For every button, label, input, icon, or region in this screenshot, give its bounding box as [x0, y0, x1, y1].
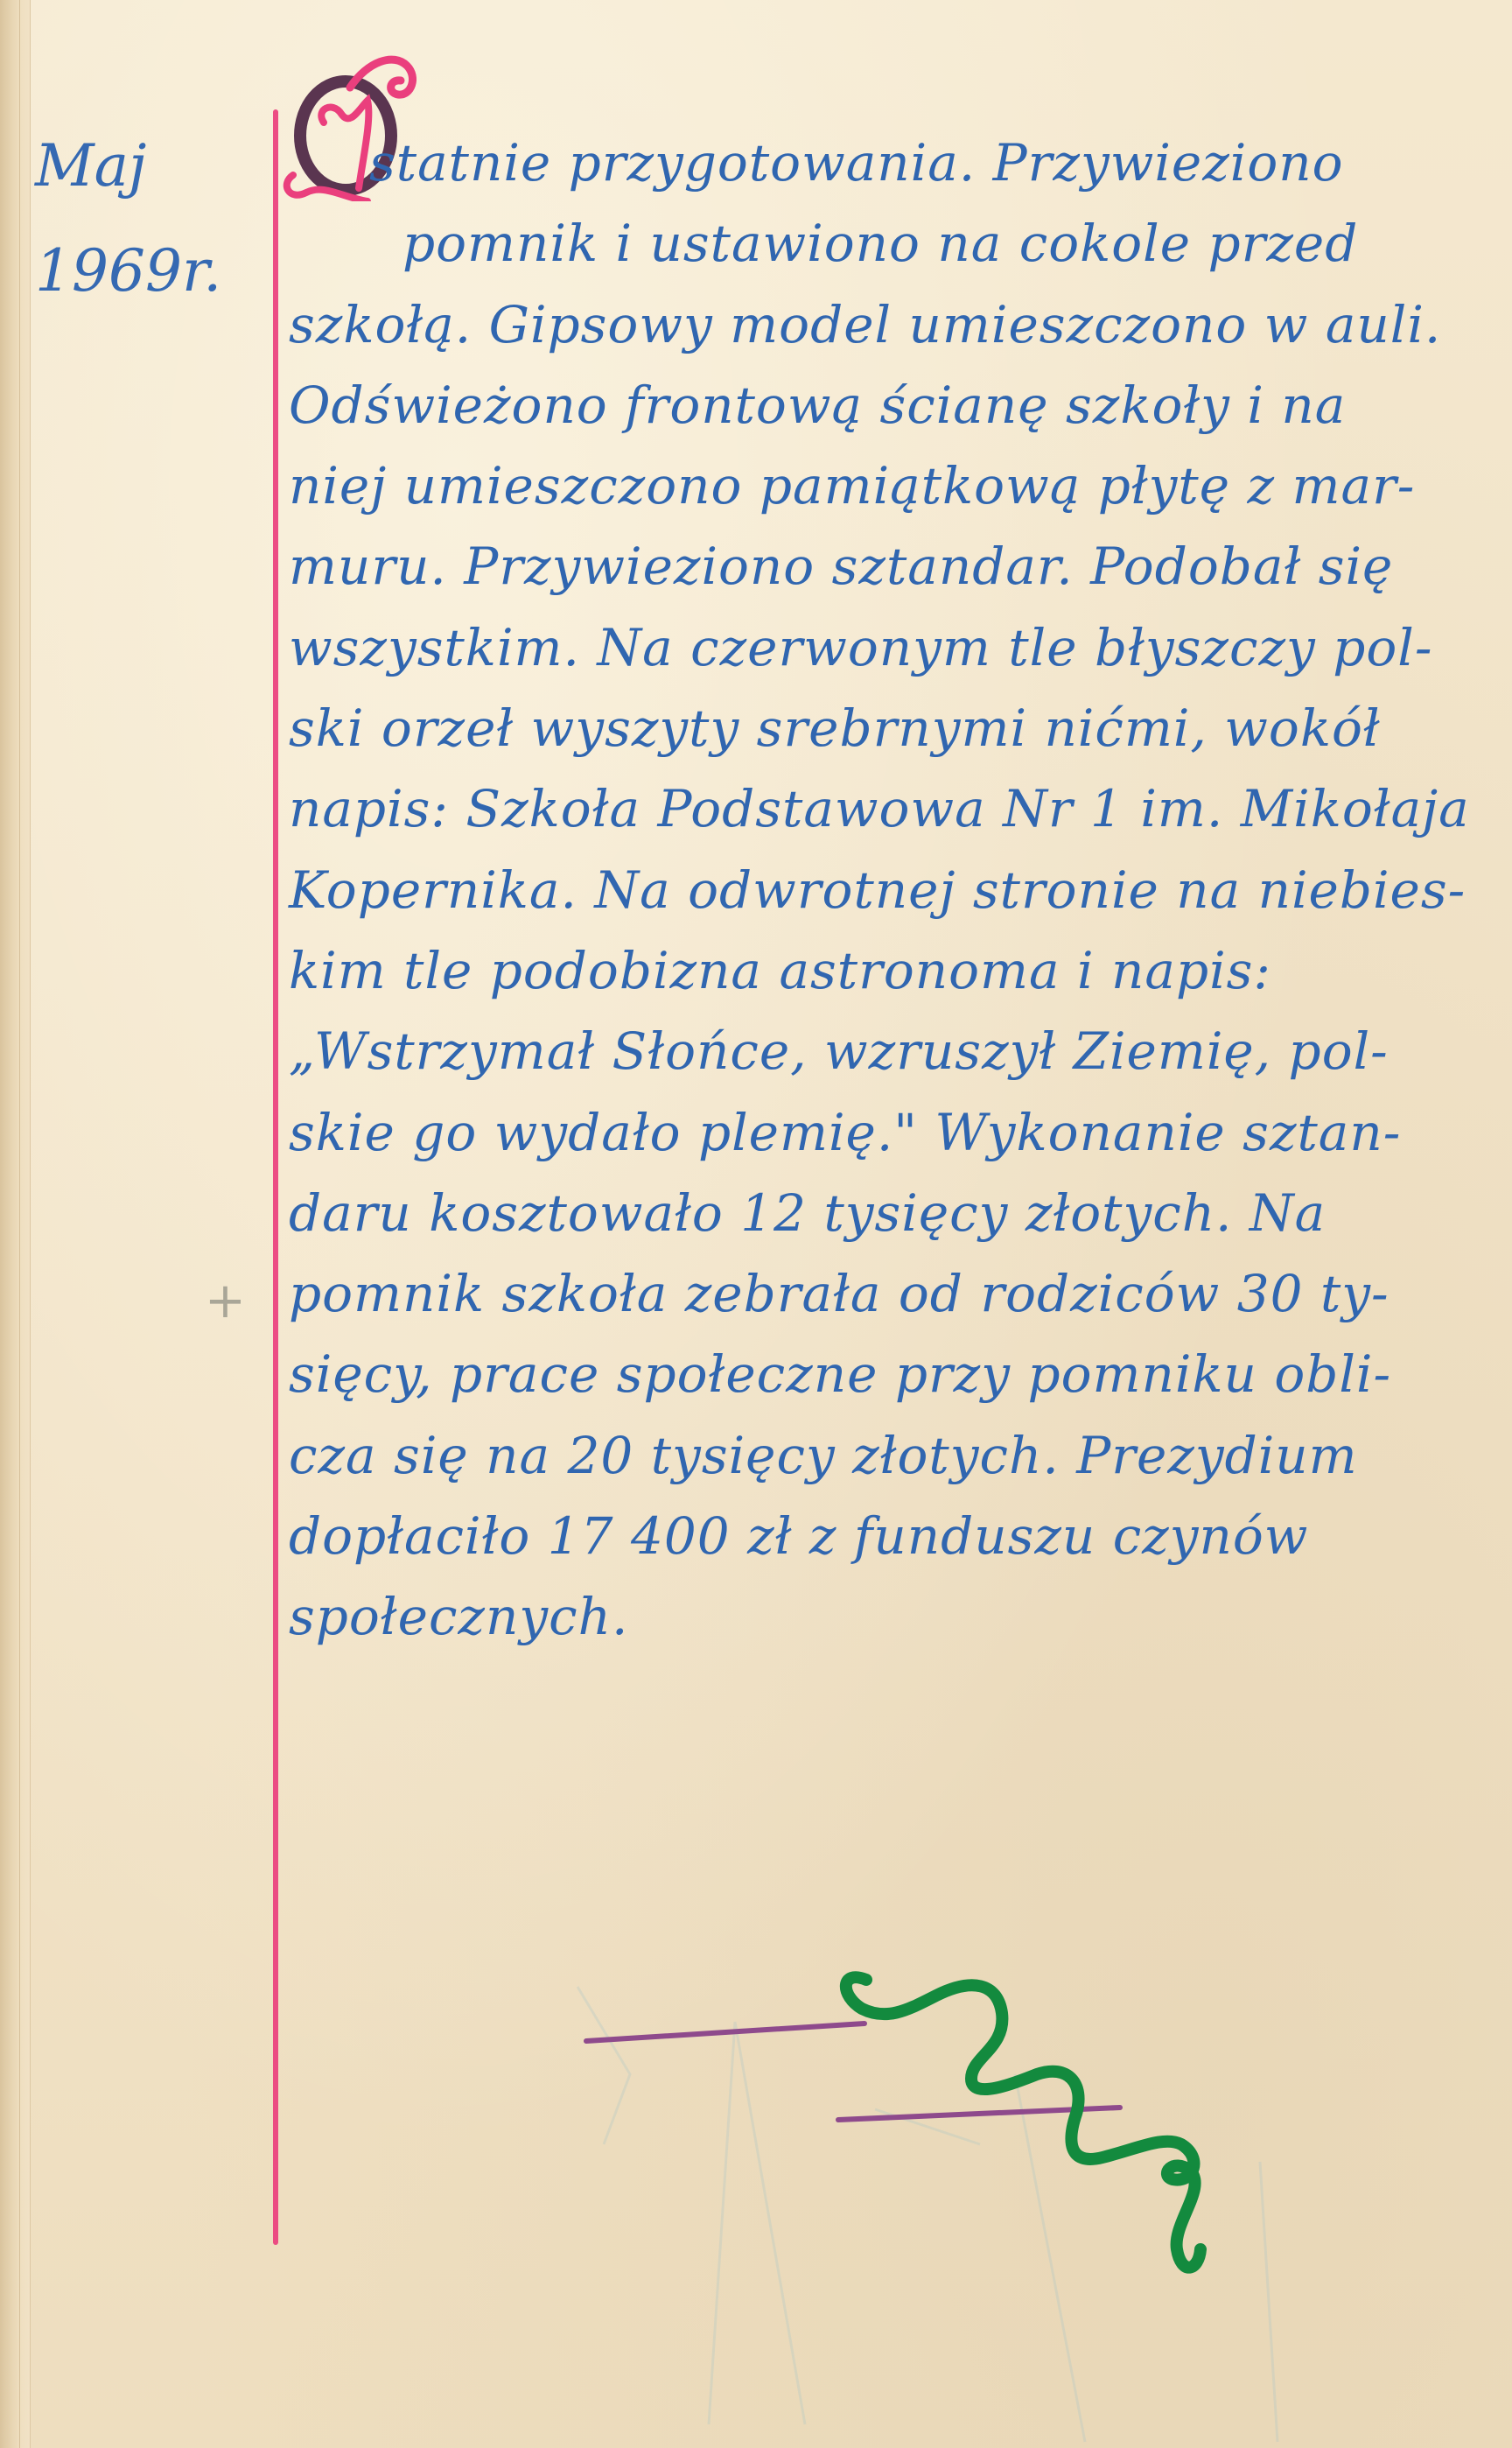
text-line: skie go wydało plemię." Wykonanie sztan-	[289, 1092, 1487, 1173]
text-line: muru. Przywieziono sztandar. Podobał się	[289, 526, 1487, 607]
margin-year: 1969r.	[35, 219, 245, 324]
chronicle-entry-text: statnie przygotowania. Przywieziono pomn…	[289, 123, 1487, 1658]
margin-line	[273, 109, 278, 2245]
text-line: pomnik szkoła zebrała od rodziców 30 ty-	[289, 1253, 1487, 1334]
text-line: niej umieszczono pamiątkową płytę z mar-	[289, 445, 1487, 526]
signature-flourish-icon	[560, 1961, 1512, 2381]
text-line: społecznych.	[289, 1576, 1487, 1657]
binding-edge	[0, 0, 31, 2448]
text-line: napis: Szkoła Podstawowa Nr 1 im. Mikoła…	[289, 768, 1487, 849]
text-line: cza się na 20 tysięcy złotych. Prezydium	[289, 1415, 1487, 1496]
text-line: ski orzeł wyszyty srebrnymi nićmi, wokół	[289, 688, 1487, 768]
pencil-cross-mark: +	[205, 1275, 243, 1328]
text-line: dopłaciło 17 400 zł z funduszu czynów	[289, 1496, 1487, 1576]
text-line: daru kosztowało 12 tysięcy złotych. Na	[289, 1173, 1487, 1253]
document-page: Maj 1969r. + statnie przygotowania. Przy…	[0, 0, 1512, 2448]
text-line: Kopernika. Na odwrotnej stronie na niebi…	[289, 850, 1487, 930]
text-line: Odświeżono frontową ścianę szkoły i na	[289, 365, 1487, 445]
text-line: wszystkim. Na czerwonym tle błyszczy pol…	[289, 607, 1487, 688]
margin-month: Maj	[35, 114, 245, 219]
text-line: statnie przygotowania. Przywieziono	[289, 123, 1487, 203]
text-line: sięcy, prace społeczne przy pomniku obli…	[289, 1334, 1487, 1414]
text-line: kim tle podobizna astronoma i napis:	[289, 930, 1487, 1011]
text-line: pomnik i ustawiono na cokole przed	[289, 203, 1487, 284]
text-line: „Wstrzymał Słońce, wzruszył Ziemię, pol-	[289, 1011, 1487, 1091]
text-line: szkołą. Gipsowy model umieszczono w auli…	[289, 284, 1487, 365]
margin-date-note: Maj 1969r.	[35, 114, 245, 324]
